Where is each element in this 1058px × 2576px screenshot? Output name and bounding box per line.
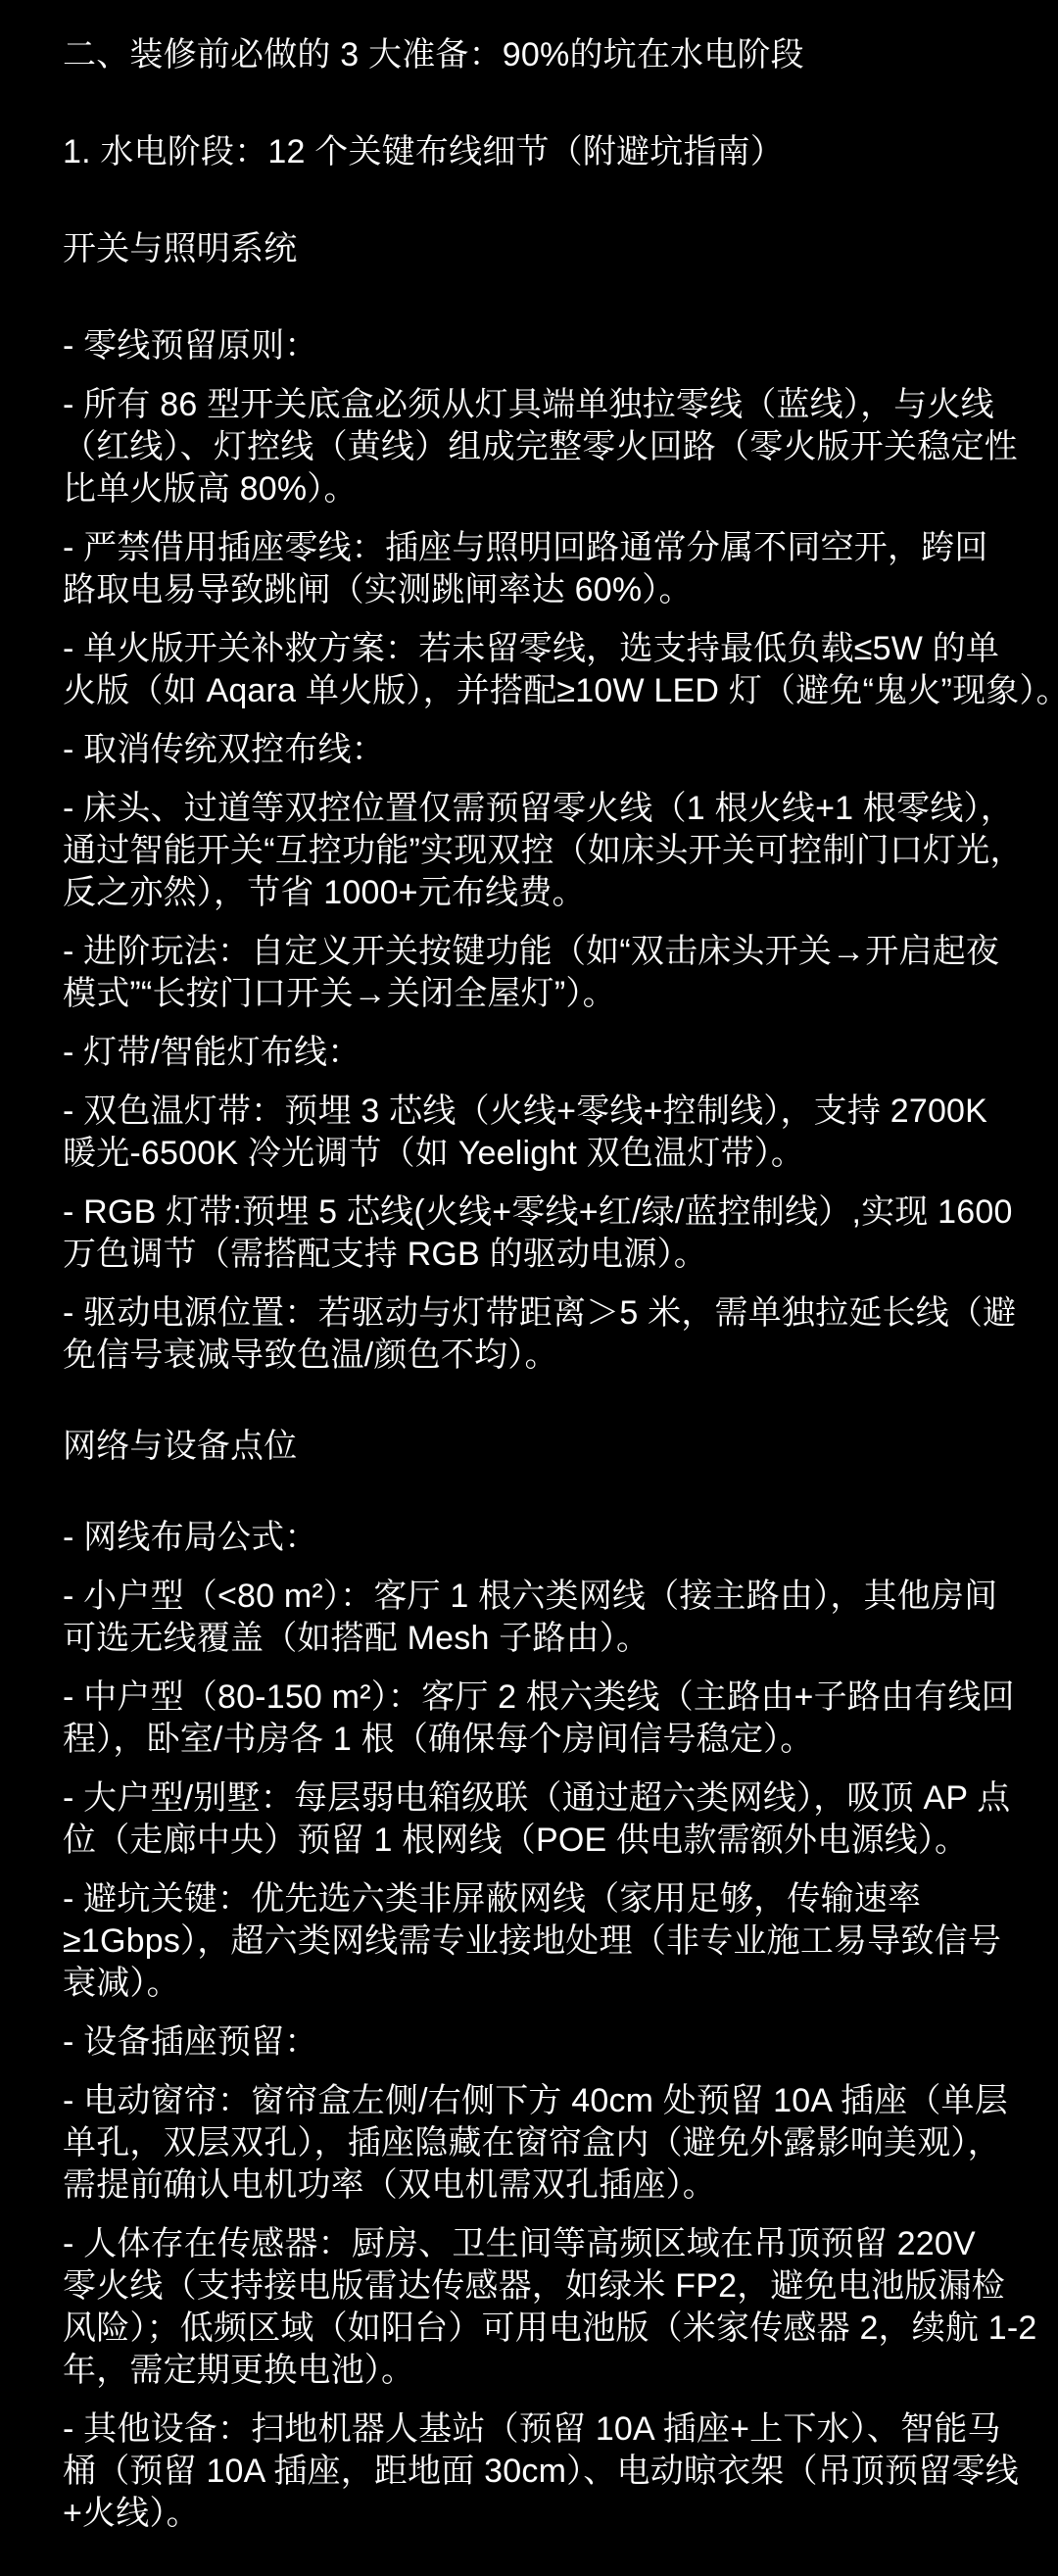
text-line: 年，需定期更换电池）。: [63, 2350, 999, 2392]
text-line: - 单火版开关补救方案：若未留零线，选支持最低负载≤5W 的单: [63, 628, 999, 670]
text-line: 可选无线覆盖（如搭配 Mesh 子路由）。: [63, 1618, 999, 1660]
section-heading-switch-lighting: 开关与照明系统: [63, 228, 999, 270]
text-line: 免信号衰减导致色温/颜色不均）。: [63, 1335, 999, 1377]
text-line: - 人体存在传感器：厨房、卫生间等高频区域在吊顶预留 220V: [63, 2223, 999, 2265]
paragraph: - 床头、过道等双控位置仅需预留零火线（1 根火线+1 根零线）， 通过智能开关…: [63, 788, 999, 914]
text-line: 桶（预留 10A 插座，距地面 30cm）、电动晾衣架（吊顶预留零线: [63, 2451, 999, 2493]
text-line: +火线）。: [63, 2493, 999, 2535]
paragraph: - 取消传统双控布线：: [63, 729, 999, 771]
paragraph: - 网线布局公式：: [63, 1517, 999, 1559]
text-line: 网络与设备点位: [63, 1426, 999, 1468]
article-scroll-area[interactable]: 二、装修前必做的 3 大准备：90%的坑在水电阶段 1. 水电阶段：12 个关键…: [0, 0, 1058, 2576]
paragraph: - 设备插座预留：: [63, 2021, 999, 2064]
paragraph: - 人体存在传感器：厨房、卫生间等高频区域在吊顶预留 220V 零火线（支持接电…: [63, 2223, 999, 2392]
paragraph: - RGB 灯带:预埋 5 芯线(火线+零线+红/绿/蓝控制线）,实现 1600…: [63, 1191, 999, 1276]
paragraph: - 双色温灯带：预埋 3 芯线（火线+零线+控制线），支持 2700K 暖光-6…: [63, 1091, 999, 1175]
paragraph: - 驱动电源位置：若驱动与灯带距离＞5 米，需单独拉延长线（避 免信号衰减导致色…: [63, 1292, 999, 1377]
paragraph: - 灯带/智能灯布线：: [63, 1032, 999, 1074]
text-line: 位（走廊中央）预留 1 根网线（POE 供电款需额外电源线）。: [63, 1820, 999, 1862]
text-line: - 所有 86 型开关底盒必须从灯具端单独拉零线（蓝线），与火线: [63, 384, 999, 426]
paragraph: - 中户型（80-150 m²）：客厅 2 根六类线（主路由+子路由有线回 程）…: [63, 1677, 999, 1761]
text-line: - 小户型（<80 m²）：客厅 1 根六类网线（接主路由），其他房间: [63, 1576, 999, 1618]
text-line: 暖光-6500K 冷光调节（如 Yeelight 双色温灯带）。: [63, 1133, 999, 1175]
text-line: 二、装修前必做的 3 大准备：90%的坑在水电阶段: [63, 34, 999, 76]
text-line: 万色调节（需搭配支持 RGB 的驱动电源）。: [63, 1234, 999, 1276]
paragraph: - 严禁借用插座零线：插座与照明回路通常分属不同空开，跨回 路取电易导致跳闸（实…: [63, 527, 999, 611]
text-line: 路取电易导致跳闸（实测跳闸率达 60%）。: [63, 569, 999, 611]
text-line: - 其他设备：扫地机器人基站（预留 10A 插座+上下水）、智能马: [63, 2408, 999, 2451]
text-line: - 网线布局公式：: [63, 1517, 999, 1559]
text-line: 比单火版高 80%）。: [63, 468, 999, 510]
text-line: - 严禁借用插座零线：插座与照明回路通常分属不同空开，跨回: [63, 527, 999, 569]
text-line: - 避坑关键：优先选六类非屏蔽网线（家用足够，传输速率: [63, 1878, 999, 1920]
text-line: - 中户型（80-150 m²）：客厅 2 根六类线（主路由+子路由有线回: [63, 1677, 999, 1719]
text-line: ≥1Gbps），超六类网线需专业接地处理（非专业施工易导致信号: [63, 1920, 999, 1963]
paragraph: - 大户型/别墅：每层弱电箱级联（通过超六类网线），吸顶 AP 点 位（走廊中央…: [63, 1777, 999, 1862]
paragraph: - 电动窗帘：窗帘盒左侧/右侧下方 40cm 处预留 10A 插座（单层 单孔，…: [63, 2080, 999, 2207]
page-subtitle: 1. 水电阶段：12 个关键布线细节（附避坑指南）: [63, 131, 999, 173]
text-line: - RGB 灯带:预埋 5 芯线(火线+零线+红/绿/蓝控制线）,实现 1600: [63, 1191, 999, 1234]
text-line: - 床头、过道等双控位置仅需预留零火线（1 根火线+1 根零线），: [63, 788, 999, 830]
text-line: 1. 水电阶段：12 个关键布线细节（附避坑指南）: [63, 131, 999, 173]
text-line: - 电动窗帘：窗帘盒左侧/右侧下方 40cm 处预留 10A 插座（单层: [63, 2080, 999, 2122]
paragraph: - 零线预留原则：: [63, 325, 999, 367]
text-line: - 大户型/别墅：每层弱电箱级联（通过超六类网线），吸顶 AP 点: [63, 1777, 999, 1820]
text-line: 单孔，双层双孔），插座隐藏在窗帘盒内（避免外露影响美观），: [63, 2122, 999, 2164]
paragraph: - 小户型（<80 m²）：客厅 1 根六类网线（接主路由），其他房间 可选无线…: [63, 1576, 999, 1660]
text-line: - 灯带/智能灯布线：: [63, 1032, 999, 1074]
text-line: - 双色温灯带：预埋 3 芯线（火线+零线+控制线），支持 2700K: [63, 1091, 999, 1133]
paragraph: - 单火版开关补救方案：若未留零线，选支持最低负载≤5W 的单 火版（如 Aqa…: [63, 628, 999, 712]
text-line: 反之亦然），节省 1000+元布线费。: [63, 872, 999, 914]
page-title: 二、装修前必做的 3 大准备：90%的坑在水电阶段: [63, 34, 999, 76]
text-line: （红线）、灯控线（黄线）组成完整零火回路（零火版开关稳定性: [63, 426, 999, 468]
paragraph: - 所有 86 型开关底盒必须从灯具端单独拉零线（蓝线），与火线 （红线）、灯控…: [63, 384, 999, 510]
text-line: 通过智能开关“互控功能”实现双控（如床头开关可控制门口灯光，: [63, 830, 999, 872]
text-line: 需提前确认电机功率（双电机需双孔插座）。: [63, 2164, 999, 2207]
text-line: 火版（如 Aqara 单火版），并搭配≥10W LED 灯（避免“鬼火”现象）。: [63, 670, 999, 712]
text-line: 程），卧室/书房各 1 根（确保每个房间信号稳定）。: [63, 1719, 999, 1761]
text-line: - 进阶玩法：自定义开关按键功能（如“双击床头开关→开启起夜: [63, 931, 999, 973]
text-line: - 取消传统双控布线：: [63, 729, 999, 771]
text-line: - 设备插座预留：: [63, 2021, 999, 2064]
section-heading-network-devices: 网络与设备点位: [63, 1426, 999, 1468]
text-line: 模式”“长按门口开关→关闭全屋灯”）。: [63, 973, 999, 1015]
text-line: - 驱动电源位置：若驱动与灯带距离＞5 米，需单独拉延长线（避: [63, 1292, 999, 1335]
paragraph: - 避坑关键：优先选六类非屏蔽网线（家用足够，传输速率 ≥1Gbps），超六类网…: [63, 1878, 999, 2005]
text-line: 风险）；低频区域（如阳台）可用电池版（米家传感器 2，续航 1-2: [63, 2308, 999, 2350]
paragraph: - 其他设备：扫地机器人基站（预留 10A 插座+上下水）、智能马 桶（预留 1…: [63, 2408, 999, 2535]
text-line: - 零线预留原则：: [63, 325, 999, 367]
text-line: 开关与照明系统: [63, 228, 999, 270]
text-line: 衰减）。: [63, 1963, 999, 2005]
text-line: 零火线（支持接电版雷达传感器，如绿米 FP2，避免电池版漏检: [63, 2265, 999, 2308]
paragraph: - 进阶玩法：自定义开关按键功能（如“双击床头开关→开启起夜 模式”“长按门口开…: [63, 931, 999, 1015]
